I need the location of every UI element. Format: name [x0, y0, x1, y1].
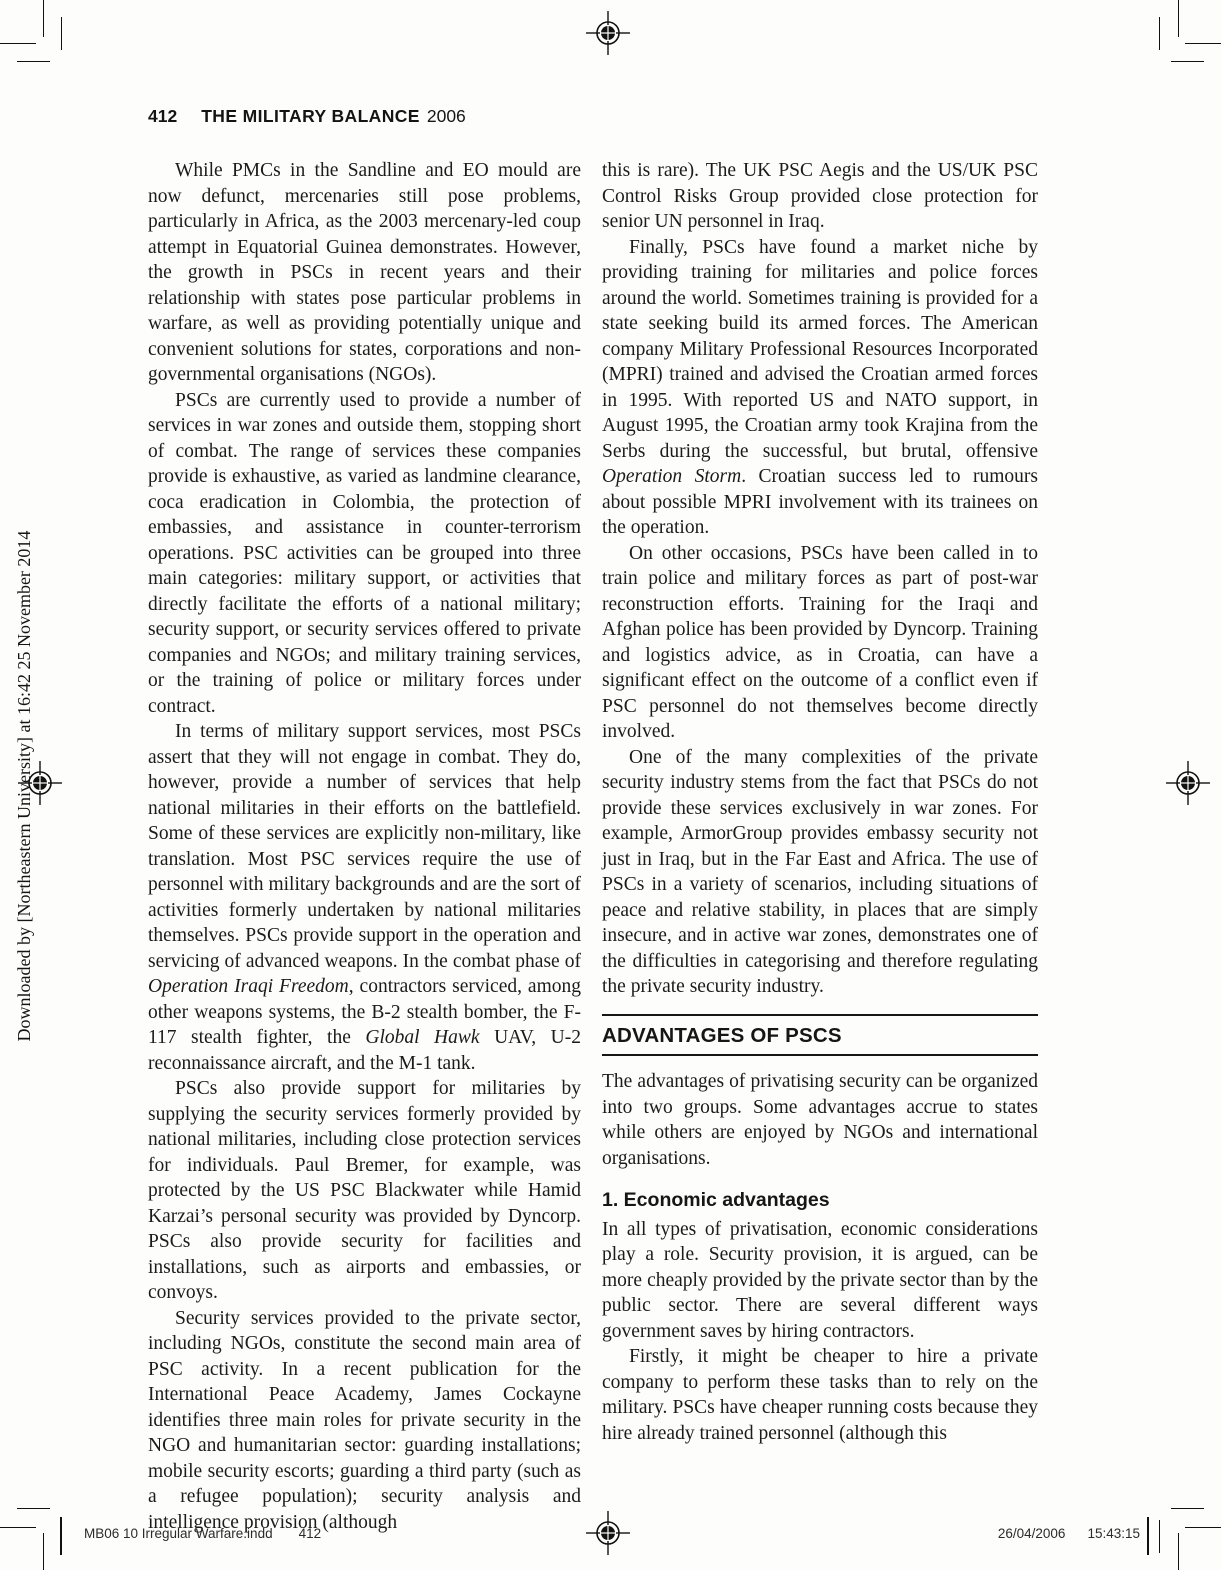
- text-run: Security services provided to the privat…: [148, 1308, 581, 1533]
- paragraph: The advantages of privatising security c…: [602, 1069, 1038, 1171]
- crop-mark: [1171, 1508, 1204, 1509]
- text-run: One of the many complexities of the priv…: [602, 747, 1038, 998]
- footer-page-number: 412: [299, 1526, 322, 1541]
- footer-rule: [1147, 1517, 1149, 1555]
- paragraph: PSCs also provide support for militaries…: [148, 1076, 581, 1306]
- text-run: While PMCs in the Sandline and EO mould …: [148, 160, 581, 385]
- right-column: this is rare). The UK PSC Aegis and the …: [602, 158, 1038, 1446]
- paragraph: PSCs are currently used to provide a num…: [148, 388, 581, 720]
- text-run: In all types of privatisation, economic …: [602, 1219, 1038, 1342]
- text-run: On other occasions, PSCs have been calle…: [602, 543, 1038, 743]
- paragraph: Security services provided to the privat…: [148, 1306, 581, 1536]
- text-run: PSCs are currently used to provide a num…: [148, 390, 581, 717]
- text-run: Firstly, it might be cheaper to hire a p…: [602, 1346, 1038, 1444]
- paragraph: In all types of privatisation, economic …: [602, 1217, 1038, 1345]
- left-column: While PMCs in the Sandline and EO mould …: [148, 158, 581, 1535]
- registration-mark-icon: [586, 11, 630, 55]
- crop-mark: [17, 1508, 50, 1509]
- crop-mark: [1178, 0, 1179, 37]
- footer-rule: [60, 1517, 62, 1555]
- running-title: THE MILITARY BALANCE: [201, 106, 420, 126]
- crop-mark: [61, 17, 62, 50]
- paragraph: One of the many complexities of the priv…: [602, 745, 1038, 1000]
- sub-section-heading: 1. Economic advantages: [602, 1188, 1038, 1214]
- paragraph: Firstly, it might be cheaper to hire a p…: [602, 1344, 1038, 1446]
- text-run: Finally, PSCs have found a market niche …: [602, 237, 1038, 462]
- page-header: 412THE MILITARY BALANCE2006: [148, 106, 1038, 127]
- running-year: 2006: [427, 106, 466, 126]
- registration-mark-icon: [1166, 761, 1210, 805]
- paragraph: In terms of military support services, m…: [148, 719, 581, 1076]
- footer: MB06 10 Irregular Warfare.indd412 26/04/…: [0, 1524, 1221, 1546]
- footer-filename: MB06 10 Irregular Warfare.indd412: [84, 1526, 321, 1541]
- crop-mark: [1171, 61, 1204, 62]
- section-heading-block: ADVANTAGES OF PSCS: [602, 1014, 1038, 1057]
- text-run: The advantages of privatising security c…: [602, 1071, 1038, 1169]
- book-page: Downloaded by [Northeastern University] …: [0, 0, 1221, 1570]
- crop-mark: [0, 43, 36, 44]
- italic-text: Operation Storm: [602, 466, 741, 487]
- paragraph: Finally, PSCs have found a market niche …: [602, 235, 1038, 541]
- footer-date: 26/04/2006: [998, 1526, 1066, 1541]
- text-run: In terms of military support services, m…: [148, 721, 581, 972]
- paragraph: On other occasions, PSCs have been calle…: [602, 541, 1038, 745]
- footer-time: 15:43:15: [1087, 1526, 1140, 1541]
- section-heading: ADVANTAGES OF PSCS: [602, 1016, 1038, 1055]
- footer-timestamp: 26/04/200615:43:15: [998, 1526, 1140, 1541]
- crop-mark: [43, 0, 44, 37]
- paragraph: this is rare). The UK PSC Aegis and the …: [602, 158, 1038, 235]
- page-number: 412: [148, 106, 177, 126]
- paragraph: While PMCs in the Sandline and EO mould …: [148, 158, 581, 388]
- crop-mark: [1185, 43, 1221, 44]
- italic-text: Global Hawk: [365, 1027, 479, 1048]
- footer-file-text: MB06 10 Irregular Warfare.indd: [84, 1526, 273, 1541]
- crop-mark: [1159, 17, 1160, 50]
- download-watermark: Downloaded by [Northeastern University] …: [14, 488, 38, 1084]
- text-run: PSCs also provide support for militaries…: [148, 1078, 581, 1303]
- crop-mark: [17, 61, 50, 62]
- text-run: this is rare). The UK PSC Aegis and the …: [602, 160, 1038, 232]
- italic-text: Operation Iraqi Freedom: [148, 976, 349, 997]
